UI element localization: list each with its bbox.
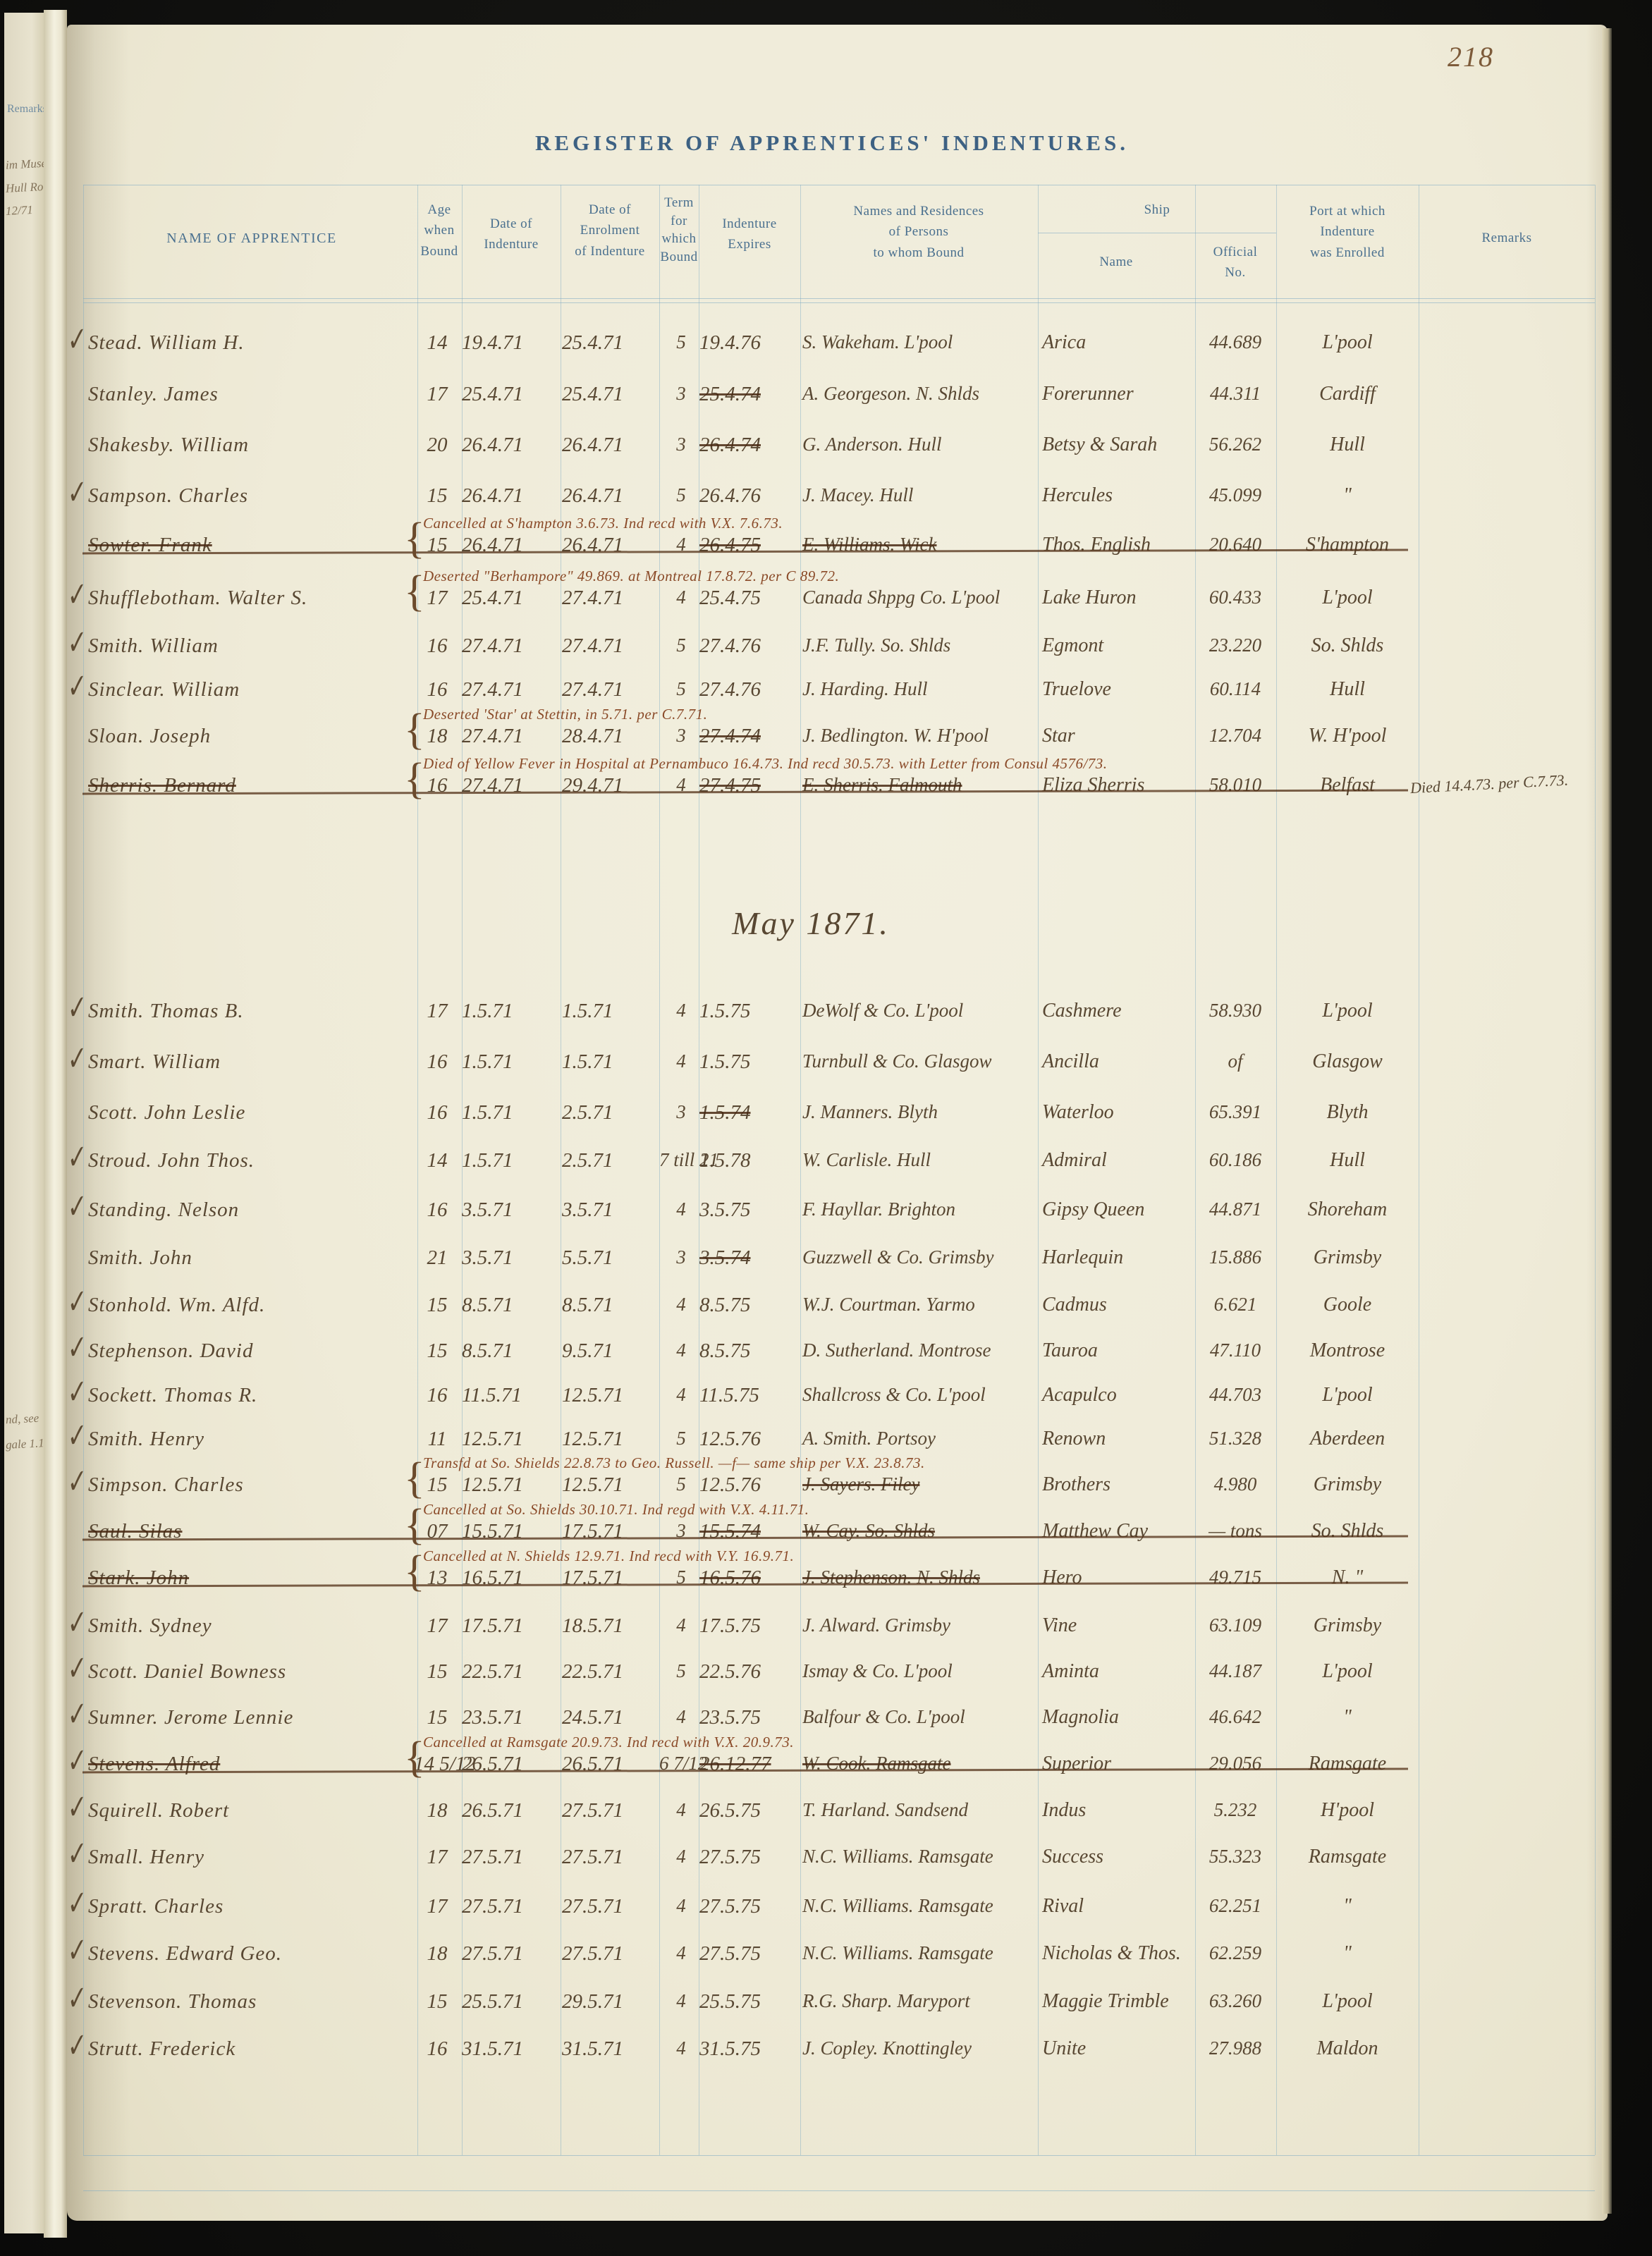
page-edge-curl — [44, 10, 67, 2238]
term-bound: 5 — [659, 484, 703, 506]
term-bound: 5 — [659, 331, 703, 353]
row-remarks — [1410, 582, 1604, 591]
ship-official-no: 29.056 — [1194, 1753, 1277, 1774]
col-header-ship-group: Ship — [1144, 200, 1170, 220]
col-header-age: Age when Bound — [420, 200, 458, 262]
ship-name: Lake Huron — [1042, 587, 1137, 609]
row-remarks — [1410, 479, 1604, 489]
table-row: ✓ Smith. Sydney 17 17.5.71 18.5.71 4 17.… — [67, 1614, 1608, 1653]
margin-fragment: gale 1.12.7 — [6, 1435, 44, 1452]
ship-name: Brothers — [1042, 1473, 1110, 1496]
ship-official-no: — tons — [1194, 1520, 1277, 1542]
age-when-bound: 16 — [414, 1101, 460, 1124]
age-when-bound: 17 — [414, 1846, 460, 1869]
port-enrolled: Cardiff — [1277, 383, 1418, 405]
persons-to-whom-bound: E. Sherris. Falmouth — [802, 774, 962, 796]
ship-name: Thos. English — [1042, 534, 1151, 556]
date-of-indenture: 22.5.71 — [462, 1660, 523, 1684]
date-of-enrolment: 8.5.71 — [562, 1294, 613, 1317]
ship-official-no: 63.260 — [1194, 1990, 1277, 2012]
port-enrolled: L'pool — [1277, 1000, 1418, 1022]
ship-official-no: 55.323 — [1194, 1846, 1277, 1868]
age-when-bound: 16 — [414, 2037, 460, 2061]
indenture-expires: 3.5.75 — [699, 1198, 751, 1222]
port-enrolled: L'pool — [1277, 1990, 1418, 2013]
term-bound: 4 — [659, 587, 703, 608]
indenture-expires: 27.4.76 — [699, 634, 761, 658]
date-of-indenture: 27.4.71 — [462, 678, 523, 701]
date-of-enrolment: 18.5.71 — [562, 1614, 623, 1638]
term-bound: 4 — [659, 1895, 703, 1917]
apprentice-name: Small. Henry — [88, 1846, 204, 1869]
ship-official-no: 58.010 — [1194, 774, 1277, 796]
table-row: ✓ Stevens. Edward Geo. 18 27.5.71 27.5.7… — [67, 1942, 1608, 1980]
age-when-bound: 18 — [414, 1799, 460, 1822]
ship-name: Cadmus — [1042, 1294, 1107, 1316]
brace-mark: { — [404, 570, 425, 613]
ship-official-no: 60.433 — [1194, 587, 1277, 608]
persons-to-whom-bound: Ismay & Co. L'pool — [802, 1660, 953, 1682]
ship-name: Cashmere — [1042, 1000, 1122, 1022]
table-row: ✓ Sinclear. William 16 27.4.71 27.4.71 5… — [67, 678, 1608, 716]
margin-fragment: Hull Road — [6, 179, 44, 196]
age-when-bound: 20 — [414, 434, 460, 457]
port-enrolled: " — [1277, 484, 1418, 507]
date-of-indenture: 11.5.71 — [462, 1384, 522, 1407]
apprentice-name: Smith. Henry — [88, 1428, 204, 1451]
ship-official-no: 60.186 — [1194, 1149, 1277, 1171]
persons-to-whom-bound: Canada Shppg Co. L'pool — [802, 587, 1000, 608]
persons-to-whom-bound: Guzzwell & Co. Grimsby — [802, 1246, 994, 1268]
date-of-enrolment: 28.4.71 — [562, 725, 623, 748]
age-when-bound: 18 — [414, 1942, 460, 1966]
term-bound: 5 — [659, 634, 703, 656]
term-bound: 3 — [659, 1246, 703, 1268]
row-rule — [83, 302, 1595, 303]
apprentice-name: Scott. John Leslie — [88, 1101, 245, 1124]
term-bound: 4 — [659, 2037, 703, 2059]
persons-to-whom-bound: R.G. Sharp. Maryport — [802, 1990, 970, 2012]
col-header-name: NAME OF APPRENTICE — [166, 228, 336, 250]
row-remarks — [1410, 2033, 1604, 2042]
age-when-bound: 16 — [414, 678, 460, 701]
apprentice-name: Sinclear. William — [88, 678, 240, 701]
persons-to-whom-bound: Shallcross & Co. L'pool — [802, 1384, 986, 1406]
age-when-bound: 17 — [414, 1000, 460, 1023]
date-of-enrolment: 17.5.71 — [562, 1567, 623, 1590]
table-row: Sowter. Frank 15 26.4.71 26.4.71 4 26.4.… — [67, 534, 1608, 572]
apprentice-name: Stevenson. Thomas — [88, 1990, 257, 2013]
page-title: REGISTER OF APPRENTICES' INDENTURES. — [535, 130, 1129, 156]
date-of-indenture: 26.4.71 — [462, 534, 523, 557]
term-bound: 4 — [659, 1706, 703, 1728]
col-header-term: Term for which Bound — [660, 194, 697, 266]
term-bound: 3 — [659, 725, 703, 747]
date-of-indenture: 15.5.71 — [462, 1520, 523, 1543]
term-bound: 4 — [659, 1990, 703, 2012]
date-of-enrolment: 22.5.71 — [562, 1660, 623, 1684]
indenture-expires: 12.5.76 — [699, 1428, 761, 1451]
apprentice-name: Shufflebotham. Walter S. — [88, 587, 307, 610]
row-remarks — [1410, 1242, 1604, 1251]
date-of-indenture: 26.5.71 — [462, 1799, 523, 1822]
date-of-enrolment: 27.4.71 — [562, 634, 623, 658]
ship-name: Waterloo — [1042, 1101, 1114, 1124]
port-enrolled: L'pool — [1277, 1384, 1418, 1406]
apprentice-name: Smith. Sydney — [88, 1614, 212, 1638]
row-remarks — [1410, 673, 1604, 683]
port-enrolled: Grimsby — [1277, 1614, 1418, 1637]
port-enrolled: Grimsby — [1277, 1246, 1418, 1269]
margin-fragment: 12/71 — [6, 203, 34, 219]
date-of-enrolment: 27.5.71 — [562, 1799, 623, 1822]
age-when-bound: 17 — [414, 1895, 460, 1918]
term-bound: 4 — [659, 1339, 703, 1361]
apprentice-name: Stroud. John Thos. — [88, 1149, 255, 1172]
brace-mark: { — [404, 1736, 425, 1779]
date-of-enrolment: 26.4.71 — [562, 434, 623, 457]
brace-mark: { — [404, 757, 425, 801]
apprentice-name: Squirell. Robert — [88, 1799, 229, 1822]
port-enrolled: Goole — [1277, 1294, 1418, 1316]
ship-name: Gipsy Queen — [1042, 1198, 1144, 1221]
indenture-expires: 27.4.75 — [699, 774, 761, 797]
ship-name: Vine — [1042, 1614, 1077, 1637]
date-of-enrolment: 1.5.71 — [562, 1050, 613, 1074]
ship-name: Renown — [1042, 1428, 1106, 1450]
term-bound: 4 — [659, 1050, 703, 1072]
port-enrolled: L'pool — [1277, 331, 1418, 354]
table-row: Stanley. James 17 25.4.71 25.4.71 3 25.4… — [67, 383, 1608, 421]
row-remarks — [1410, 378, 1604, 388]
row-remarks — [1410, 1096, 1604, 1106]
row-remarks — [1410, 1841, 1604, 1851]
table-row: ✓ Simpson. Charles 15 12.5.71 12.5.71 5 … — [67, 1473, 1608, 1512]
ship-official-no: 62.259 — [1194, 1942, 1277, 1964]
indenture-expires: 8.5.75 — [699, 1339, 751, 1363]
ship-official-no: 58.930 — [1194, 1000, 1277, 1022]
ship-name: Ancilla — [1042, 1050, 1099, 1073]
indenture-expires: 1.5.74 — [699, 1101, 751, 1124]
ship-name: Magnolia — [1042, 1706, 1119, 1729]
col-header-port: Port at which Indenture was Enrolled — [1309, 201, 1385, 263]
apprentice-name: Strutt. Frederick — [88, 2037, 235, 2061]
date-of-indenture: 26.4.71 — [462, 434, 523, 457]
date-of-indenture: 16.5.71 — [462, 1567, 523, 1590]
port-enrolled: So. Shlds — [1277, 1520, 1418, 1543]
ship-official-no: 62.251 — [1194, 1895, 1277, 1917]
ship-official-no: 63.109 — [1194, 1614, 1277, 1636]
date-of-indenture: 17.5.71 — [462, 1614, 523, 1638]
ship-official-no: 60.114 — [1194, 678, 1277, 700]
row-rule — [83, 2190, 1595, 2191]
ship-name: Aminta — [1042, 1660, 1099, 1683]
ship-official-no: 44.871 — [1194, 1198, 1277, 1220]
table-row: ✓ Standing. Nelson 16 3.5.71 3.5.71 4 3.… — [67, 1198, 1608, 1237]
indenture-expires: 26.4.76 — [699, 484, 761, 508]
date-of-enrolment: 2.5.71 — [562, 1149, 613, 1172]
ship-name: Forerunner — [1042, 383, 1134, 405]
apprentice-name: Sockett. Thomas R. — [88, 1384, 257, 1407]
table-row: ✓ Sumner. Jerome Lennie 15 23.5.71 24.5.… — [67, 1706, 1608, 1744]
row-remarks — [1410, 1937, 1604, 1947]
indenture-expires: 27.5.75 — [699, 1895, 761, 1918]
age-when-bound: 15 — [414, 1339, 460, 1363]
date-of-enrolment: 27.4.71 — [562, 678, 623, 701]
row-remarks — [1410, 1335, 1604, 1344]
term-bound: 5 — [659, 1428, 703, 1449]
indenture-expires: 27.4.74 — [699, 725, 761, 748]
persons-to-whom-bound: J. Bedlington. W. H'pool — [802, 725, 989, 747]
term-bound: 4 — [659, 1614, 703, 1636]
table-row: Saul. Silas 07 15.5.71 17.5.71 3 15.5.74… — [67, 1520, 1608, 1558]
indenture-expires: 15.5.74 — [699, 1520, 761, 1543]
ship-official-no: 20.640 — [1194, 534, 1277, 556]
table-row: ✓ Stead. William H. 14 19.4.71 25.4.71 5… — [67, 331, 1608, 369]
persons-to-whom-bound: J. Sayers. Filey — [802, 1473, 919, 1495]
row-remarks — [1410, 1890, 1604, 1900]
table-row: ✓ Stevens. Alfred 14 5/12 26.5.71 26.5.7… — [67, 1753, 1608, 1791]
table-row: ✓ Shufflebotham. Walter S. 17 25.4.71 27… — [67, 587, 1608, 625]
date-of-enrolment: 27.5.71 — [562, 1895, 623, 1918]
apprentice-name: Simpson. Charles — [88, 1473, 244, 1497]
date-of-enrolment: 3.5.71 — [562, 1198, 613, 1222]
row-rule — [83, 185, 1595, 185]
register-page: 218 REGISTER OF APPRENTICES' INDENTURES.… — [67, 25, 1608, 2221]
ship-name: Acapulco — [1042, 1384, 1117, 1406]
ship-name: Truelove — [1042, 678, 1111, 701]
table-row: ✓ Smith. William 16 27.4.71 27.4.71 5 27… — [67, 634, 1608, 673]
port-enrolled: Glasgow — [1277, 1050, 1418, 1073]
persons-to-whom-bound: F. Hayllar. Brighton — [802, 1198, 955, 1220]
row-remarks — [1410, 995, 1604, 1005]
persons-to-whom-bound: DeWolf & Co. L'pool — [802, 1000, 963, 1022]
port-enrolled: N. " — [1277, 1567, 1418, 1589]
margin-fragment: nd, see — [6, 1411, 39, 1427]
port-enrolled: Maldon — [1277, 2037, 1418, 2060]
ship-name: Admiral — [1042, 1149, 1107, 1172]
date-of-indenture: 25.5.71 — [462, 1990, 523, 2013]
indenture-expires: 16.5.76 — [699, 1567, 761, 1590]
apprentice-name: Stead. William H. — [88, 331, 245, 355]
indenture-expires: 12.5.76 — [699, 1473, 761, 1497]
row-rule — [1038, 233, 1276, 233]
indenture-expires: 1.5.78 — [699, 1149, 751, 1172]
age-when-bound: 17 — [414, 1614, 460, 1638]
brace-mark: { — [404, 1457, 425, 1500]
persons-to-whom-bound: J. Stephenson. N. Shlds — [802, 1567, 980, 1588]
indenture-expires: 26.5.75 — [699, 1799, 761, 1822]
persons-to-whom-bound: J. Copley. Knottingley — [802, 2037, 972, 2059]
table-row: Stark. John 13 16.5.71 17.5.71 5 16.5.76… — [67, 1567, 1608, 1605]
ship-name: Betsy & Sarah — [1042, 434, 1157, 456]
ship-name: Arica — [1042, 331, 1086, 354]
col-header-persons: Names and Residences of Persons to whom … — [853, 201, 984, 263]
apprentice-name: Stanley. James — [88, 383, 219, 406]
port-enrolled: Blyth — [1277, 1101, 1418, 1124]
ship-name: Unite — [1042, 2037, 1086, 2060]
row-annotation: Cancelled at Ramsgate 20.9.73. Ind recd … — [423, 1734, 794, 1751]
persons-to-whom-bound: J. Alward. Grimsby — [802, 1614, 950, 1636]
persons-to-whom-bound: W. Cook. Ramsgate — [802, 1753, 951, 1774]
ship-official-no: 44.311 — [1194, 383, 1277, 405]
ship-official-no: 4.980 — [1194, 1473, 1277, 1495]
ship-name: Eliza Sherris — [1042, 774, 1144, 797]
row-remarks — [1410, 720, 1604, 730]
date-of-enrolment: 27.5.71 — [562, 1846, 623, 1869]
age-when-bound: 11 — [414, 1428, 460, 1451]
row-annotation: Cancelled at So. Shields 30.10.71. Ind r… — [423, 1501, 809, 1519]
age-when-bound: 15 — [414, 1294, 460, 1317]
date-of-indenture: 25.4.71 — [462, 587, 523, 610]
age-when-bound: 15 — [414, 1706, 460, 1729]
apprentice-name: Scott. Daniel Bowness — [88, 1660, 286, 1684]
ship-name: Hero — [1042, 1567, 1082, 1589]
page-number: 218 — [1448, 40, 1494, 73]
page-stack-edge — [1602, 28, 1612, 2214]
date-of-indenture: 3.5.71 — [462, 1246, 513, 1270]
margin-fragment: im Museu — [6, 156, 44, 172]
indenture-expires: 1.5.75 — [699, 1000, 751, 1023]
ship-name: Egmont — [1042, 634, 1103, 657]
date-of-enrolment: 27.4.71 — [562, 587, 623, 610]
port-enrolled: Hull — [1277, 678, 1418, 701]
date-of-indenture: 19.4.71 — [462, 331, 523, 355]
persons-to-whom-bound: N.C. Williams. Ramsgate — [802, 1846, 993, 1868]
date-of-indenture: 25.4.71 — [462, 383, 523, 406]
date-of-enrolment: 5.5.71 — [562, 1246, 613, 1270]
indenture-expires: 25.4.74 — [699, 383, 761, 406]
table-row: ✓ Smith. Thomas B. 17 1.5.71 1.5.71 4 1.… — [67, 1000, 1608, 1038]
date-of-enrolment: 26.4.71 — [562, 534, 623, 557]
col-header-remarks: Remarks — [1481, 228, 1531, 248]
port-enrolled: " — [1277, 1895, 1418, 1918]
table-row: ✓ Sampson. Charles 15 26.4.71 26.4.71 5 … — [67, 484, 1608, 522]
table-row: ✓ Strutt. Frederick 16 31.5.71 31.5.71 4… — [67, 2037, 1608, 2076]
date-of-enrolment: 29.5.71 — [562, 1990, 623, 2013]
term-bound: 4 — [659, 1942, 703, 1964]
indenture-expires: 25.4.75 — [699, 587, 761, 610]
ship-official-no: 44.689 — [1194, 331, 1277, 353]
port-enrolled: W. H'pool — [1277, 725, 1418, 747]
ship-name: Maggie Trimble — [1042, 1990, 1169, 2013]
persons-to-whom-bound: J.F. Tully. So. Shlds — [802, 634, 950, 656]
date-of-indenture: 3.5.71 — [462, 1198, 513, 1222]
date-of-enrolment: 27.5.71 — [562, 1942, 623, 1966]
date-of-indenture: 1.5.71 — [462, 1149, 513, 1172]
row-remarks — [1410, 1748, 1604, 1758]
port-enrolled: Ramsgate — [1277, 1753, 1418, 1775]
indenture-expires: 11.5.75 — [699, 1384, 759, 1407]
term-bound: 4 — [659, 1799, 703, 1821]
previous-page-sliver: Remarks im MuseuHull Road12/71nd, seegal… — [4, 13, 44, 2233]
ship-official-no: 56.262 — [1194, 434, 1277, 455]
indenture-expires: 26.4.75 — [699, 534, 761, 557]
apprentice-name: Smith. Thomas B. — [88, 1000, 244, 1023]
date-of-enrolment: 26.5.71 — [562, 1753, 623, 1776]
ship-official-no: 6.621 — [1194, 1294, 1277, 1316]
ship-official-no: 51.328 — [1194, 1428, 1277, 1449]
term-bound: 5 — [659, 1473, 703, 1495]
table-row: ✓ Sockett. Thomas R. 16 11.5.71 12.5.71 … — [67, 1384, 1608, 1422]
col-header-ship-no: Official No. — [1213, 242, 1258, 283]
port-enrolled: Hull — [1277, 434, 1418, 456]
row-remarks — [1410, 1655, 1604, 1665]
persons-to-whom-bound: W. Carlisle. Hull — [802, 1149, 931, 1171]
apprentice-name: Sampson. Charles — [88, 484, 248, 508]
row-remarks — [1410, 1469, 1604, 1478]
apprentice-name: Smith. John — [88, 1246, 192, 1270]
apprentice-name: Standing. Nelson — [88, 1198, 239, 1222]
indenture-expires: 3.5.74 — [699, 1246, 751, 1270]
term-bound: 4 — [659, 1846, 703, 1868]
table-row: ✓ Smart. William 16 1.5.71 1.5.71 4 1.5.… — [67, 1050, 1608, 1089]
persons-to-whom-bound: Turnbull & Co. Glasgow — [802, 1050, 992, 1072]
age-when-bound: 16 — [414, 634, 460, 658]
apprentice-name: Smith. William — [88, 634, 219, 658]
row-rule — [83, 298, 1595, 299]
date-of-enrolment: 12.5.71 — [562, 1473, 623, 1497]
brace-mark: { — [404, 708, 425, 752]
date-of-enrolment: 29.4.71 — [562, 774, 623, 797]
port-enrolled: Grimsby — [1277, 1473, 1418, 1496]
ship-official-no: 23.220 — [1194, 634, 1277, 656]
date-of-indenture: 26.4.71 — [462, 484, 523, 508]
date-of-indenture: 27.5.71 — [462, 1895, 523, 1918]
age-when-bound: 16 — [414, 1198, 460, 1222]
previous-page-remarks-header: Remarks — [7, 103, 44, 116]
indenture-expires: 22.5.76 — [699, 1660, 761, 1684]
table-row: ✓ Stroud. John Thos. 14 1.5.71 2.5.71 7 … — [67, 1149, 1608, 1187]
row-remarks: Died 14.4.73. per C.7.73. — [1410, 769, 1605, 797]
date-of-enrolment: 9.5.71 — [562, 1339, 613, 1363]
date-of-indenture: 31.5.71 — [462, 2037, 523, 2061]
ship-official-no: 45.099 — [1194, 484, 1277, 506]
ship-name: Star — [1042, 725, 1075, 747]
persons-to-whom-bound: N.C. Williams. Ramsgate — [802, 1895, 993, 1917]
port-enrolled: L'pool — [1277, 1660, 1418, 1683]
persons-to-whom-bound: T. Harland. Sandsend — [802, 1799, 968, 1821]
ship-official-no: 44.703 — [1194, 1384, 1277, 1406]
term-bound: 5 — [659, 678, 703, 700]
col-header-date-indenture: Date of Indenture — [484, 214, 538, 255]
persons-to-whom-bound: W.J. Courtman. Yarmo — [802, 1294, 975, 1316]
table-row: Smith. John 21 3.5.71 5.5.71 3 3.5.74 Gu… — [67, 1246, 1608, 1285]
row-remarks — [1410, 1144, 1604, 1154]
term-bound: 4 — [659, 1384, 703, 1406]
date-of-indenture: 27.4.71 — [462, 725, 523, 748]
term-bound: 7 till 21 — [659, 1149, 703, 1171]
apprentice-name: Sloan. Joseph — [88, 725, 211, 748]
row-annotation: Transfd at So. Shields 22.8.73 to Geo. R… — [423, 1454, 925, 1472]
row-remarks — [1410, 429, 1604, 439]
col-header-ship-name: Name — [1099, 252, 1132, 272]
indenture-expires: 8.5.75 — [699, 1294, 751, 1317]
term-bound: 4 — [659, 1198, 703, 1220]
indenture-expires: 19.4.76 — [699, 331, 761, 355]
row-annotation: Cancelled at N. Shields 12.9.71. Ind rec… — [423, 1547, 794, 1565]
port-enrolled: Montrose — [1277, 1339, 1418, 1362]
date-of-indenture: 1.5.71 — [462, 1000, 513, 1023]
row-remarks — [1410, 1289, 1604, 1299]
row-annotation: Cancelled at S'hampton 3.6.73. Ind recd … — [423, 515, 783, 532]
port-enrolled: H'pool — [1277, 1799, 1418, 1822]
indenture-expires: 26.12.77 — [699, 1753, 771, 1776]
age-when-bound: 15 — [414, 1990, 460, 2013]
date-of-indenture: 27.5.71 — [462, 1846, 523, 1869]
table-row: Scott. John Leslie 16 1.5.71 2.5.71 3 1.… — [67, 1101, 1608, 1139]
port-enrolled: L'pool — [1277, 587, 1418, 609]
